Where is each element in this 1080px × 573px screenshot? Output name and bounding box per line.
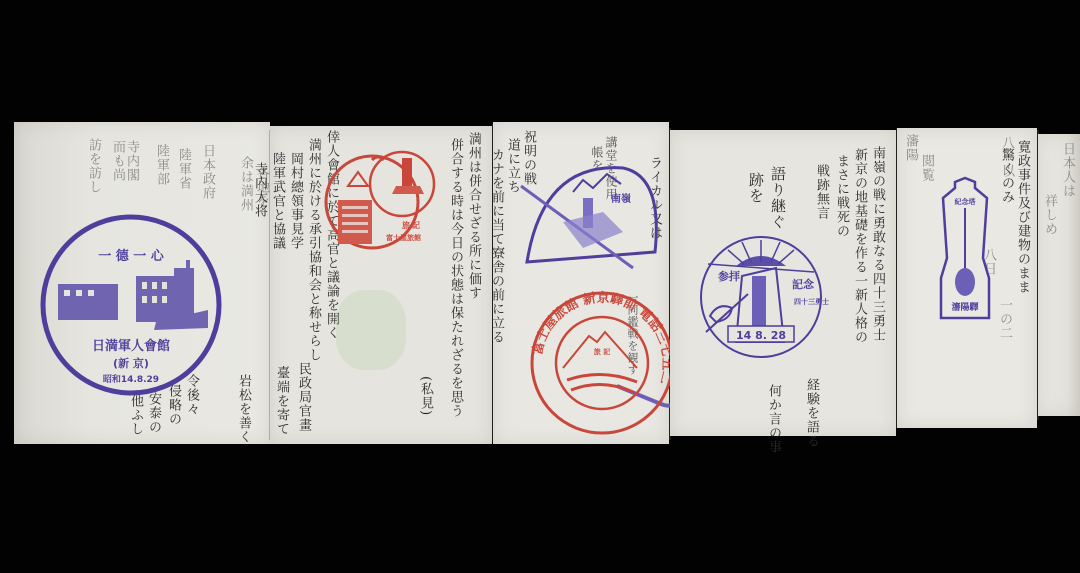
handwriting-pencil: 日本人は	[1060, 142, 1075, 198]
book-panel-7: 日本人は 祥しめ	[1038, 134, 1080, 416]
handwriting-pen: 満州は併合せざる所に価す	[466, 132, 481, 300]
book-panel-1: 訪を訪し 而も尚 寺内閣 陸軍部 陸軍省 日本政府 令後々 侵略の 安泰の 他ふ…	[14, 122, 270, 444]
handwriting-pencil: 寺内閣	[124, 140, 139, 182]
svg-text:瀋陽驛: 瀋陽驛	[951, 301, 978, 313]
handwriting-pen: 新京の地基礎を作る一新人格の	[852, 148, 867, 344]
photo-background: 訪を訪し 而も尚 寺内閣 陸軍部 陸軍省 日本政府 令後々 侵略の 安泰の 他ふ…	[0, 0, 1080, 573]
book-panel-3-text: 満州は併合せざる所に価す 併合する時は今日の状態は保たれざるを思う (私見)	[410, 126, 492, 444]
handwriting-pencil: 陸軍部	[154, 144, 169, 186]
handwriting-pen: 陸軍武官と協議	[270, 152, 285, 250]
handwriting-pen: 岡村總領事見学	[288, 152, 303, 250]
stamp-military-hall: 一 德 一 心 日満軍人會館 (新 京) 昭和14.8.29	[36, 210, 226, 400]
handwriting-pen: 寺内大将	[252, 162, 267, 218]
book-panel-5: 南嶺の戦に勇敢なる四十三勇士 新京の地基礎を作る一新人格の まさに戦死の 戦跡無…	[670, 130, 896, 436]
handwriting-pencil: 訪を訪し	[86, 138, 101, 194]
stamp-fujiya-hotel-station: 旅 記 富士屋旅館 新京驛前 電話三七五二	[527, 288, 677, 438]
handwriting-pencil: 祥しめ	[1042, 194, 1057, 236]
svg-text:(新 京): (新 京)	[113, 356, 149, 370]
handwriting-pen: 跡を	[748, 172, 763, 204]
handwriting-pen: 臺端を寄て	[274, 366, 289, 436]
svg-text:旅 記: 旅 記	[594, 347, 610, 356]
book-panel-4: 祝明の戦 道に立ち カナを前に当て寮舎の前に立る ライカル又は 一同鑑戦を観す …	[493, 122, 669, 444]
handwriting-pen: 何か言の事	[766, 384, 781, 454]
handwriting-pen: 南嶺の戦に勇敢なる四十三勇士	[870, 146, 885, 342]
book-panel-6: 瀋陽 閲覧 八一以 八日 一の二 寛政事件及び建物のまま 驚くのみ 紀念塔 瀋陽…	[897, 128, 1037, 428]
svg-text:昭和14.8.29: 昭和14.8.29	[103, 373, 159, 385]
svg-text:14 8. 28: 14 8. 28	[736, 329, 786, 342]
handwriting-pencil: 余は満州	[238, 156, 253, 212]
handwriting-pen: 寛政事件及び建物のまま	[1015, 140, 1030, 294]
handwriting-pen: まさに戦死の	[834, 154, 849, 238]
handwriting-pencil: 一の二	[997, 298, 1012, 340]
svg-text:旅: 旅	[402, 220, 410, 230]
handwriting-pencil: 日本政府	[200, 144, 215, 200]
handwriting-pencil: 陸軍省	[176, 148, 191, 190]
handwriting-pen: 経験を語る	[804, 378, 819, 448]
handwriting-pen: (私見)	[418, 376, 433, 416]
svg-text:紀念塔: 紀念塔	[954, 197, 977, 206]
handwriting-pencil: 閲覧	[919, 154, 934, 182]
ink-smudge	[336, 290, 406, 370]
handwriting-pencil: 而も尚	[110, 140, 125, 182]
handwriting-pen: 民政局官畫	[296, 362, 311, 432]
svg-text:富士屋旅館 新京驛前 電話三七五二: 富士屋旅館 新京驛前 電話三七五二	[529, 290, 674, 386]
stamp-nanling-memorial: 参拝 記念 四十三勇士 14 8. 28	[696, 232, 826, 362]
handwriting-pen: 岩松を善く	[236, 374, 251, 444]
svg-text:参拝: 参拝	[718, 269, 740, 283]
handwriting-pen: 驚くのみ	[999, 148, 1014, 204]
svg-text:南嶺: 南嶺	[611, 192, 632, 205]
handwriting-pen: 満州に於ける承引協和会と称せらし	[306, 138, 321, 362]
svg-text:記念: 記念	[792, 277, 815, 291]
handwriting-pen: カナを前に当て寮舎の前に立る	[489, 148, 504, 344]
svg-text:日満軍人會館: 日満軍人會館	[92, 338, 170, 354]
handwriting-pen: 語り継ぐ	[770, 166, 785, 230]
stamp-helmet-nanling: 南嶺	[513, 152, 663, 272]
handwriting-pencil: 瀋陽	[903, 134, 918, 162]
handwriting-pen: 併合する時は今日の状態は保たれざるを思う	[448, 138, 463, 418]
handwriting-pen: 戦跡無言	[814, 164, 829, 220]
svg-text:一 德 一 心: 一 德 一 心	[98, 248, 165, 264]
stamp-memorial-tower: 紀念塔 瀋陽驛	[935, 178, 995, 328]
svg-text:四十三勇士: 四十三勇士	[794, 297, 829, 306]
handwriting-pen: 他ふし	[128, 394, 143, 436]
